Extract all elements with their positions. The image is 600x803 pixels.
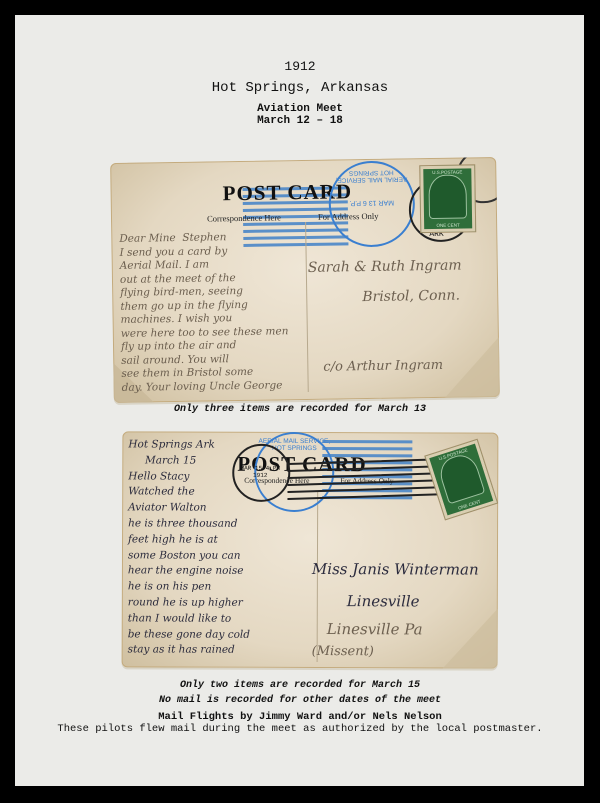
- card-corner-stain: [444, 337, 500, 398]
- event-name: Aviation Meet: [0, 103, 600, 115]
- one-cent-franklin-stamp: U.S.POSTAGE ONE CENT: [425, 440, 497, 519]
- address-line-2: Bristol, Conn.: [362, 288, 460, 306]
- caption-march-13: Only three items are recorded for March …: [0, 404, 600, 415]
- caption-march-15: Only two items are recorded for March 15: [0, 680, 600, 691]
- card-corner-stain: [443, 608, 498, 668]
- cachet-date: MAR 13 6 P.P.: [331, 198, 413, 206]
- franklin-portrait: [428, 174, 467, 219]
- stamp-value-text: ONE CENT: [424, 222, 472, 228]
- event-dates: March 12 – 18: [0, 115, 600, 127]
- handwritten-message: Hot Springs Ark March 15 Hello Stacy Wat…: [128, 437, 251, 659]
- event-subtitle: Aviation Meet March 12 – 18: [0, 103, 600, 127]
- missent-note: (Missent): [312, 644, 374, 659]
- pilots-note: These pilots flew mail during the meet a…: [0, 723, 600, 735]
- page-year: 1912: [0, 59, 600, 74]
- address-line-3: Linesville Pa: [327, 620, 423, 638]
- caption-other-dates: No mail is recorded for other dates of t…: [0, 695, 600, 706]
- address-line-2: Linesville: [347, 592, 420, 610]
- pilots-heading: Mail Flights by Jimmy Ward and/or Nels N…: [0, 711, 600, 723]
- one-cent-franklin-stamp: U.S.POSTAGE ONE CENT: [420, 165, 475, 232]
- address-line-1: Miss Janis Winterman: [312, 560, 479, 579]
- address-line-3: c/o Arthur Ingram: [323, 358, 443, 375]
- album-page: [15, 15, 584, 786]
- postcard-march-15: POST CARD Correspondence Here For Addres…: [122, 431, 499, 668]
- postcard-march-13: POST CARD Correspondence Here For Addres…: [110, 157, 500, 403]
- cachet-text: AERIAL MAIL SERVICE, HOT SPRINGS: [330, 168, 412, 183]
- address-line-1: Sarah & Ruth Ingram: [308, 258, 462, 276]
- correspondence-label: Correspondence Here: [207, 212, 281, 223]
- handwritten-message: Dear Mine Stephen I send you a card by A…: [119, 230, 289, 395]
- page-title: Hot Springs, Arkansas: [0, 80, 600, 96]
- aerial-mail-cachet: AERIAL MAIL SERVICE, HOT SPRINGS MAR 13 …: [328, 160, 415, 247]
